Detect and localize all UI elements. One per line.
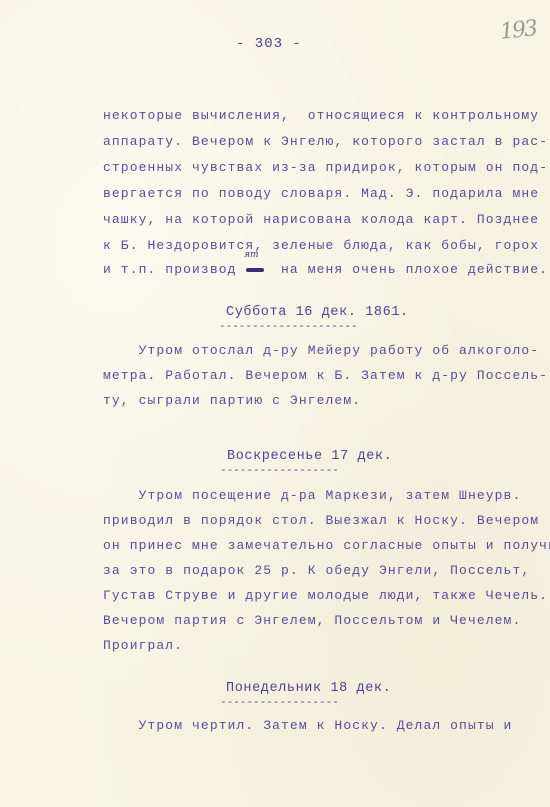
page-number: - 303 - xyxy=(236,36,302,52)
text-line: и т.п. производ на меня очень плохое дей… xyxy=(103,262,548,277)
text-line: ту, сыграли партию с Энгелем. xyxy=(103,393,361,408)
text-line: вергается по поводу словаря. Мад. Э. под… xyxy=(103,186,539,201)
text-line: к Б. Нездоровится, зеленые блюда, как бо… xyxy=(103,238,539,253)
text-line: приводил в порядок стол. Выезжал к Носку… xyxy=(103,513,539,528)
text-line: аппарату. Вечером к Энгелю, которого зас… xyxy=(103,134,548,149)
heading-underline: --------------------- xyxy=(219,322,358,332)
handwritten-archive-number: 193 xyxy=(499,16,537,45)
heading-underline: ------------------ xyxy=(220,466,339,476)
text-line: Утром посещение д-ра Маркези, затем Шнеу… xyxy=(103,488,521,503)
text-line: он принес мне замечательно согласные опы… xyxy=(103,538,550,553)
entry-heading: Понедельник 18 дек. xyxy=(226,681,391,696)
heading-underline: ------------------ xyxy=(220,698,339,708)
text-line: за это в подарок 25 р. К обеду Энгели, П… xyxy=(103,563,530,578)
entry-heading: Суббота 16 дек. 1861. xyxy=(226,305,409,320)
text-line: чашку, на которой нарисована колода карт… xyxy=(103,212,539,227)
text-line: Утром отослал д-ру Мейеру работу об алко… xyxy=(103,343,539,358)
text-line: Проиграл. xyxy=(103,638,183,653)
text-line: метра. Работал. Вечером к Б. Затем к д-р… xyxy=(103,368,548,383)
text-line: некоторые вычисления, относящиеся к конт… xyxy=(103,108,539,123)
entry-heading: Воскресенье 17 дек. xyxy=(227,449,392,464)
text-line: Утром чертил. Затем к Носку. Делал опыты… xyxy=(103,718,512,733)
handwritten-correction: ят xyxy=(244,250,259,260)
typed-strikeout xyxy=(246,268,264,272)
text-line: Вечером партия с Энгелем, Поссельтом и Ч… xyxy=(103,613,521,628)
text-line: строенных чувствах из-за придирок, котор… xyxy=(103,160,548,175)
text-line: Густав Струве и другие молодые люди, так… xyxy=(103,588,548,603)
document-page: - 303 - 193 некоторые вычисления, относя… xyxy=(0,0,550,807)
